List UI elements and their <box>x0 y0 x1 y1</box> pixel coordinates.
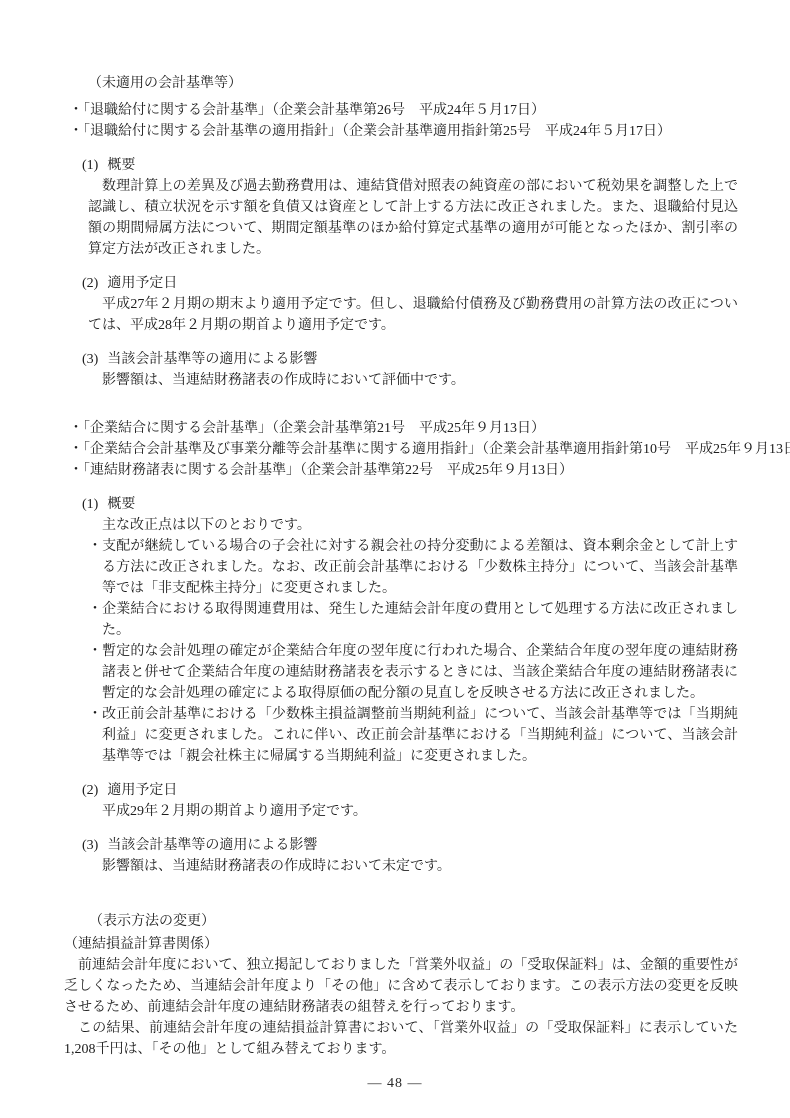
item-body-text: 平成29年２月期の期首より適用予定です。 <box>64 801 738 822</box>
group2-item-impact: (3)当該会計基準等の適用による影響 影響額は、当連結財務諸表の作成時において未… <box>64 835 738 877</box>
item-number: (2) <box>82 273 98 294</box>
paragraph: 前連結会計年度において、独立掲記しておりました「営業外収益」の「受取保証料」は、… <box>64 955 738 1018</box>
section-heading-unapplied-standards: （未適用の会計基準等） <box>64 73 738 94</box>
group1-item-overview: (1)概要 数理計算上の差異及び過去勤務費用は、連結貸借対照表の純資産の部におい… <box>64 155 738 260</box>
item-body-text: 数理計算上の差異及び過去勤務費用は、連結貸借対照表の純資産の部において税効果を調… <box>64 176 738 260</box>
standard-citation: ・「連結財務諸表に関する会計基準」（企業会計基準第22号 平成25年９月13日） <box>64 460 738 481</box>
item-heading: (3)当該会計基準等の適用による影響 <box>64 349 738 370</box>
item-title: 適用予定日 <box>107 276 177 291</box>
subsection-heading-income-statement: （連結損益計算書関係） <box>64 934 738 955</box>
item-heading: (3)当該会計基準等の適用による影響 <box>64 835 738 856</box>
item-number: (2) <box>82 780 98 801</box>
revision-point: ・暫定的な会計処理の確定が企業結合年度の翌年度に行われた場合、企業結合年度の翌年… <box>88 641 738 704</box>
standard-citation: ・「企業結合に関する会計基準」（企業会計基準第21号 平成25年９月13日） <box>64 418 738 439</box>
item-body-text: 平成27年２月期の期末より適用予定です。但し、退職給付債務及び勤務費用の計算方法… <box>64 294 738 336</box>
revision-point: ・改正前会計基準における「少数株主損益調整前当期純利益」について、当該会計基準等… <box>88 704 738 767</box>
item-title: 当該会計基準等の適用による影響 <box>107 352 317 367</box>
item-number: (3) <box>82 349 98 370</box>
item-title: 概要 <box>107 497 135 512</box>
item-body-text: 影響額は、当連結財務諸表の作成時において評価中です。 <box>64 370 738 391</box>
section-presentation-change: （表示方法の変更） （連結損益計算書関係） 前連結会計年度において、独立掲記して… <box>64 911 738 1060</box>
page-number: — 48 — <box>0 1073 790 1094</box>
item-number: (1) <box>82 155 98 176</box>
item-title: 概要 <box>107 158 135 173</box>
item-number: (1) <box>82 494 98 515</box>
group2-item-application-date: (2)適用予定日 平成29年２月期の期首より適用予定です。 <box>64 780 738 822</box>
standard-citation: ・「企業結合会計基準及び事業分離等会計基準に関する適用指針」（企業会計基準適用指… <box>64 439 738 460</box>
paragraph: この結果、前連結会計年度の連結損益計算書において、「営業外収益」の「受取保証料」… <box>64 1018 738 1060</box>
standards-list-business-combination: ・「企業結合に関する会計基準」（企業会計基準第21号 平成25年９月13日） ・… <box>64 418 738 481</box>
revision-point: ・支配が継続している場合の子会社に対する親会社の持分変動による差額は、資本剰余金… <box>88 536 738 599</box>
item-title: 適用予定日 <box>107 783 177 798</box>
document-page: （未適用の会計基準等） ・「退職給付に関する会計基準」（企業会計基準第26号 平… <box>0 0 790 1118</box>
group2-item-overview: (1)概要 主な改正点は以下のとおりです。 ・支配が継続している場合の子会社に対… <box>64 494 738 767</box>
item-title: 当該会計基準等の適用による影響 <box>107 838 317 853</box>
standard-citation: ・「退職給付に関する会計基準の適用指針」（企業会計基準適用指針第25号 平成24… <box>64 121 738 142</box>
item-heading: (2)適用予定日 <box>64 780 738 801</box>
section-heading-presentation-change: （表示方法の変更） <box>64 911 738 932</box>
item-heading: (1)概要 <box>64 494 738 515</box>
group1-item-application-date: (2)適用予定日 平成27年２月期の期末より適用予定です。但し、退職給付債務及び… <box>64 273 738 336</box>
item-number: (3) <box>82 835 98 856</box>
item-heading: (1)概要 <box>64 155 738 176</box>
item-heading: (2)適用予定日 <box>64 273 738 294</box>
item-body-text: 影響額は、当連結財務諸表の作成時において未定です。 <box>64 856 738 877</box>
revision-point: ・企業結合における取得関連費用は、発生した連結会計年度の費用として処理する方法に… <box>88 599 738 641</box>
standard-citation: ・「退職給付に関する会計基準」（企業会計基準第26号 平成24年５月17日） <box>64 100 738 121</box>
group1-item-impact: (3)当該会計基準等の適用による影響 影響額は、当連結財務諸表の作成時において評… <box>64 349 738 391</box>
page-content: （未適用の会計基準等） ・「退職給付に関する会計基準」（企業会計基準第26号 平… <box>64 73 738 1060</box>
standards-list-retirement: ・「退職給付に関する会計基準」（企業会計基準第26号 平成24年５月17日） ・… <box>64 100 738 142</box>
revision-points-list: ・支配が継続している場合の子会社に対する親会社の持分変動による差額は、資本剰余金… <box>64 536 738 767</box>
item-intro-text: 主な改正点は以下のとおりです。 <box>64 515 738 536</box>
